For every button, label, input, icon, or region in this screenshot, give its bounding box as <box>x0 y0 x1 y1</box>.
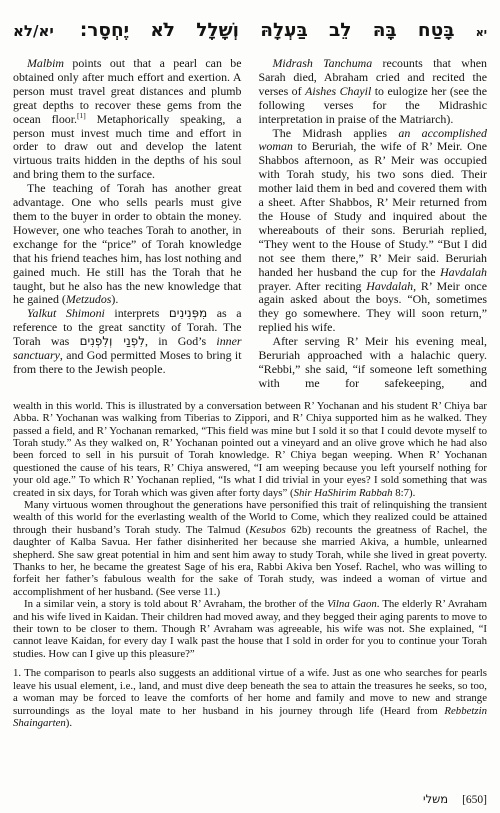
commentary-columns: Malbim points out that a pearl can be ob… <box>13 57 487 391</box>
verse-number: יא <box>476 26 487 39</box>
page-number: [650] <box>462 794 487 806</box>
book-page: לא‎/יא יא בָּטַח בָּהּ לֵב בַּעְלָהּ וְש… <box>0 0 500 813</box>
note-yochanan: wealth in this world. This is illustrate… <box>13 400 487 499</box>
hebrew-verse-line: יא בָּטַח בָּהּ לֵב בַּעְלָהּ וְשָׁלָל ל… <box>80 20 487 41</box>
paragraph-beruriah-query: After serving R’ Meir his evening meal, … <box>259 335 488 391</box>
extended-commentary: wealth in this world. This is illustrate… <box>13 400 487 661</box>
right-column: Midrash Tanchuma recounts that when Sara… <box>259 57 488 391</box>
note-rachel: Many virtuous women throughout the gener… <box>13 499 487 598</box>
paragraph-malbim-pearl: Malbim points out that a pearl can be ob… <box>13 57 242 182</box>
verse-text: בָּטַח בָּהּ לֵב בַּעְלָהּ וְשָׁלָל לֹא … <box>80 20 455 41</box>
chapter-verse-marker: לא‎/יא <box>13 22 54 40</box>
paragraph-beruriah-story: The Midrash applies an accomplished woma… <box>259 127 488 336</box>
footnote-1: 1. The comparison to pearls also suggest… <box>13 667 487 729</box>
paragraph-teaching-torah: The teaching of Torah has another great … <box>13 182 242 307</box>
page-footer: משלי [650] <box>423 792 487 806</box>
book-title-hebrew: משלי <box>423 792 448 806</box>
left-column: Malbim points out that a pearl can be ob… <box>13 57 242 391</box>
numbered-footnote: 1. The comparison to pearls also suggest… <box>13 667 487 729</box>
paragraph-midrash-tanchuma: Midrash Tanchuma recounts that when Sara… <box>259 57 488 127</box>
hebrew-verse-header: לא‎/יא יא בָּטַח בָּהּ לֵב בַּעְלָהּ וְש… <box>13 20 487 41</box>
note-vilna-gaon-brother: In a similar vein, a story is told about… <box>13 598 487 660</box>
paragraph-yalkut-shimoni: Yalkut Shimoni interprets מִפְּנִינִים a… <box>13 307 242 377</box>
